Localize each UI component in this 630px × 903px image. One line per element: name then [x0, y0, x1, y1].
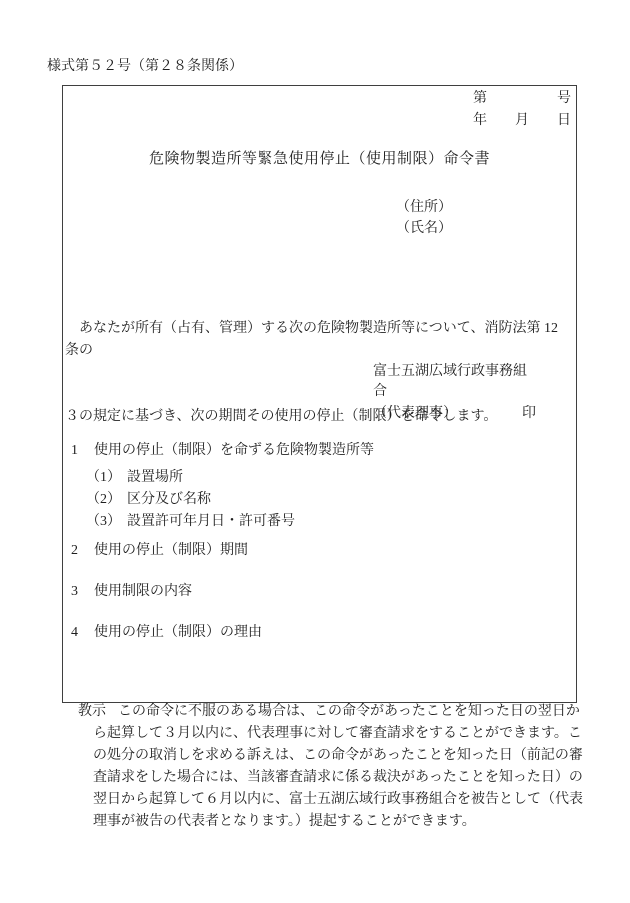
order-body-line-1: あなたが所有（占有、管理）する次の危険物製造所等について、消防法第 12 条の	[65, 318, 568, 362]
recipient-name-label: （氏名）	[396, 219, 452, 239]
order-item-4-label: 使用の停止（制限）の理由	[94, 625, 262, 640]
appeal-instructions-label: 教示	[78, 704, 106, 719]
issuer-block: 富士五湖広域行政事務組合 （代表理事） 印	[373, 362, 536, 424]
order-item-3-number: 3	[71, 582, 94, 602]
order-subitem-1-2-label: 区分及び名称	[127, 492, 211, 507]
order-item-2: 2使用の停止（制限）期間	[71, 541, 248, 561]
appeal-instructions-line-1: 教示この命令に不服のある場合は、この命令があったことを知った日の翌日か	[78, 701, 570, 723]
appeal-instructions: 教示この命令に不服のある場合は、この命令があったことを知った日の翌日か ら起算し…	[78, 701, 570, 833]
appeal-instructions-line-6: 理事が被告の代表者となります。）提起することができます。	[93, 811, 570, 833]
issuer-representative-title: （代表理事）	[373, 404, 457, 424]
appeal-instructions-line-5: 翌日から起算して６月以内に、富士五湖広域行政事務組合を被告として（代表	[93, 789, 570, 811]
order-item-3-label: 使用制限の内容	[94, 584, 192, 599]
document-date-line: 年 月 日	[473, 111, 576, 131]
order-subitem-1-1-label: 設置場所	[127, 470, 183, 485]
order-item-1: 1使用の停止（制限）を命ずる危険物製造所等	[71, 441, 374, 461]
order-subitem-1-3-label: 設置許可年月日・許可番号	[127, 514, 295, 529]
order-subitem-1-3-number: （3）	[86, 514, 121, 529]
order-subitem-1-2-number: （2）	[86, 492, 121, 507]
issuer-representative-line: （代表理事） 印	[373, 404, 536, 424]
order-item-4: 4使用の停止（制限）の理由	[71, 623, 262, 643]
appeal-instructions-line-3: の処分の取消しを求める訴えは、この命令があったことを知った日（前記の審	[93, 745, 570, 767]
order-item-3: 3使用制限の内容	[71, 582, 192, 602]
document-number-line: 第 号	[473, 89, 576, 109]
order-subitem-1-1-number: （1）	[86, 470, 121, 485]
order-item-1-label: 使用の停止（制限）を命ずる危険物製造所等	[94, 443, 374, 458]
order-subitem-1-2: （2）区分及び名称	[86, 490, 211, 510]
order-subitem-1-3: （3）設置許可年月日・許可番号	[86, 512, 295, 532]
order-form-box: 第 号 年 月 日 危険物製造所等緊急使用停止（使用制限）命令書 （住所） （氏…	[62, 85, 577, 703]
appeal-instructions-line-2: ら起算して３月以内に、代表理事に対して審査請求をすることができます。こ	[93, 723, 570, 745]
order-document-page: 様式第５２号（第２８条関係） 第 号 年 月 日 危険物製造所等緊急使用停止（使…	[0, 0, 630, 903]
order-item-1-number: 1	[71, 441, 94, 461]
form-number-label: 様式第５２号（第２８条関係）	[47, 57, 243, 77]
order-item-2-label: 使用の停止（制限）期間	[94, 543, 248, 558]
appeal-instructions-line-4: 査請求をした場合には、当該審査請求に係る裁決があったことを知った日）の	[93, 767, 570, 789]
seal-mark: 印	[522, 404, 536, 424]
order-item-4-number: 4	[71, 623, 94, 643]
document-title: 危険物製造所等緊急使用停止（使用制限）命令書	[63, 149, 576, 169]
order-item-2-number: 2	[71, 541, 94, 561]
recipient-address-label: （住所）	[396, 198, 452, 218]
order-subitem-1-1: （1）設置場所	[86, 468, 183, 488]
issuer-organization: 富士五湖広域行政事務組合	[373, 362, 536, 402]
appeal-instructions-line-1-text: この命令に不服のある場合は、この命令があったことを知った日の翌日か	[118, 704, 580, 719]
